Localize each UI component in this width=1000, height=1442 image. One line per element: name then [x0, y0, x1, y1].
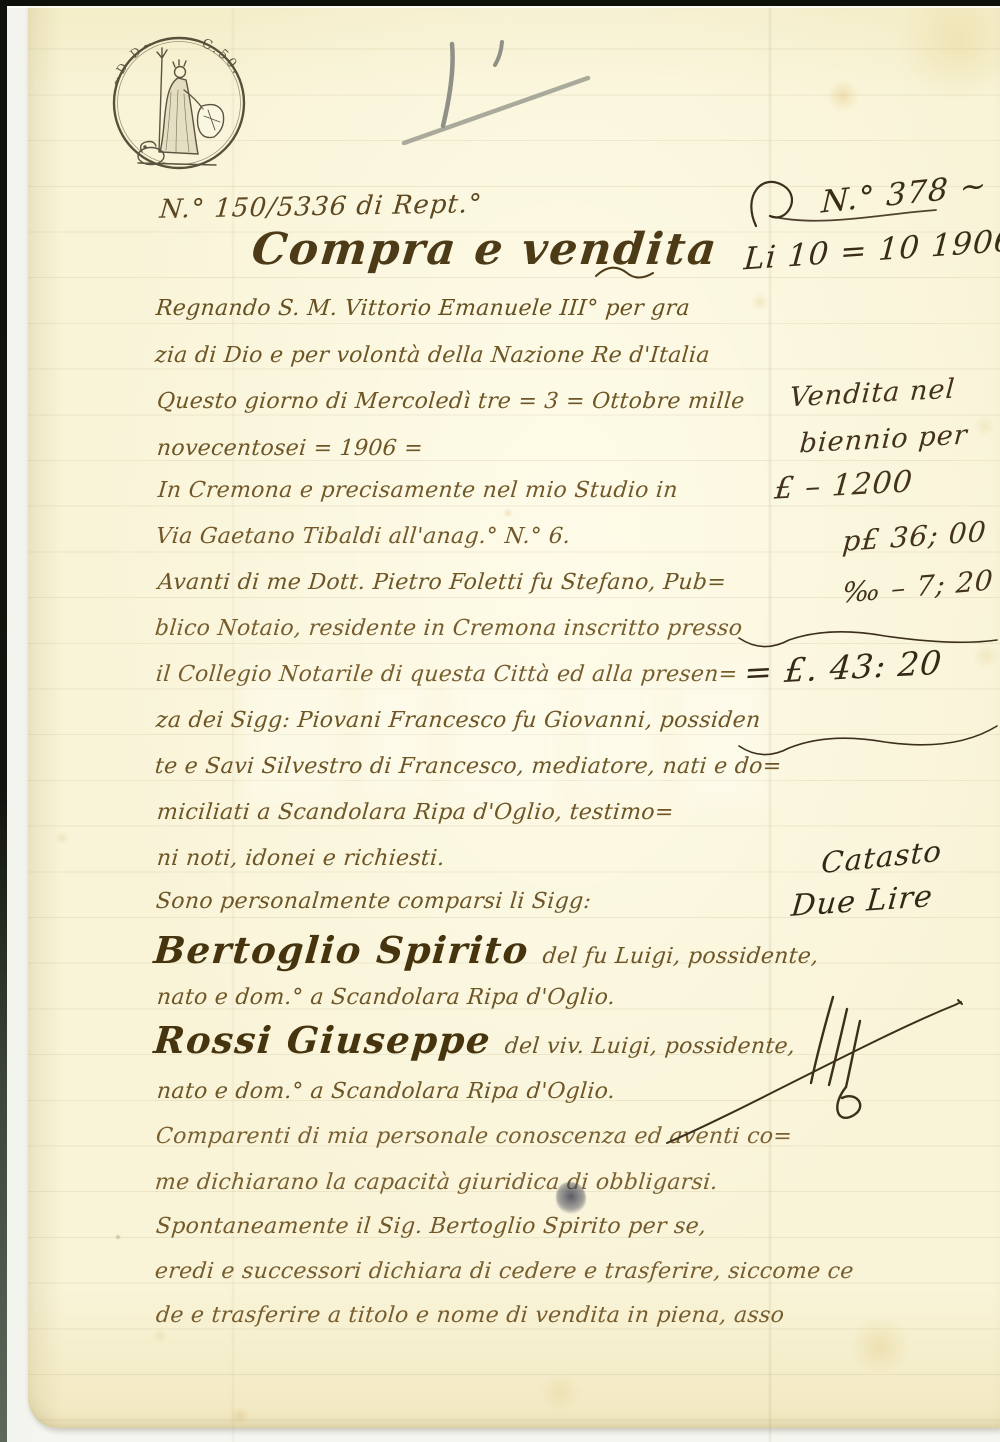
manuscript-line: Regnando S. M. Vittorio Emanuele III° pe… — [155, 296, 691, 321]
manuscript-line: In Cremona e precisamente nel mio Studio… — [157, 478, 679, 503]
party-1-name: Bertoglio Spirito — [152, 928, 531, 972]
margin-amount: £ – 1200 — [773, 464, 914, 506]
pencil-page-number-marks: 1 — [380, 30, 640, 160]
manuscript-line: Avanti di me Dott. Pietro Foletti fu Ste… — [157, 570, 727, 595]
manuscript-line: Spontaneamente il Sig. Bertoglio Spirito… — [155, 1214, 707, 1239]
manuscript-line: miciliati a Scandolara Ripa d'Oglio, tes… — [156, 800, 675, 825]
scanned-notarial-deed: { "document": { "stamp": { "denomination… — [0, 0, 1000, 1442]
manuscript-line: ni noti, idonei e richiesti. — [156, 846, 446, 871]
manuscript-line: de e trasferire a titolo e nome di vendi… — [155, 1303, 785, 1328]
manuscript-line: il Collegio Notarile di questa Città ed … — [155, 662, 739, 687]
svg-text:C.50.: C.50. — [199, 36, 245, 78]
party-2-name: Rossi Giuseppe — [152, 1018, 493, 1062]
pencil-number-value: 1 — [438, 89, 439, 90]
manuscript-line: blico Notaio, residente in Cremona inscr… — [154, 616, 744, 641]
manuscript-line: Questo giorno di Mercoledì tre = 3 = Ott… — [156, 389, 746, 414]
party-line: Bertoglio Spiritodel fu Luigi, possident… — [152, 928, 821, 972]
ink-blot — [556, 1182, 586, 1214]
svg-text:~D D~: ~D D~ — [108, 35, 157, 88]
registry-number-line: N.° 150/5336 di Rept.° — [158, 189, 483, 225]
manuscript-line: me dichiarano la capacità giuridica di o… — [154, 1170, 719, 1195]
notary-paraph — [655, 985, 1000, 1150]
party-1-details: del fu Luigi, possidente, — [541, 944, 819, 969]
manuscript-line: nato e dom.° a Scandolara Ripa d'Oglio. — [156, 985, 616, 1010]
manuscript-line: te e Savi Silvestro di Francesco, mediat… — [154, 754, 783, 779]
scan-edge-glint — [0, 6, 1000, 8]
revenue-stamp: C.50. ~D D~ — [104, 30, 254, 180]
manuscript-line: nato e dom.° a Scandolara Ripa d'Oglio. — [156, 1079, 616, 1104]
manuscript-line: za dei Sigg: Piovani Francesco fu Giovan… — [155, 708, 762, 733]
stamp-allegory-figure-icon — [138, 48, 224, 165]
manuscript-line: Sono personalmente comparsi li Sigg: — [155, 889, 592, 914]
manuscript-line: Via Gaetano Tibaldi all'anag.° N.° 6. — [155, 524, 572, 549]
scan-edge-left — [0, 0, 7, 1442]
stamp-denomination-text: C.50. — [199, 36, 245, 78]
stamp-left-marks-text: ~D D~ — [108, 35, 157, 88]
manuscript-line: zia di Dio e per volontà della Nazione R… — [154, 343, 711, 368]
manuscript-line: eredi e successori dichiara di cedere e … — [154, 1259, 855, 1284]
title-flourish — [592, 256, 662, 286]
manuscript-line: novecentosei = 1906 = — [156, 436, 424, 461]
